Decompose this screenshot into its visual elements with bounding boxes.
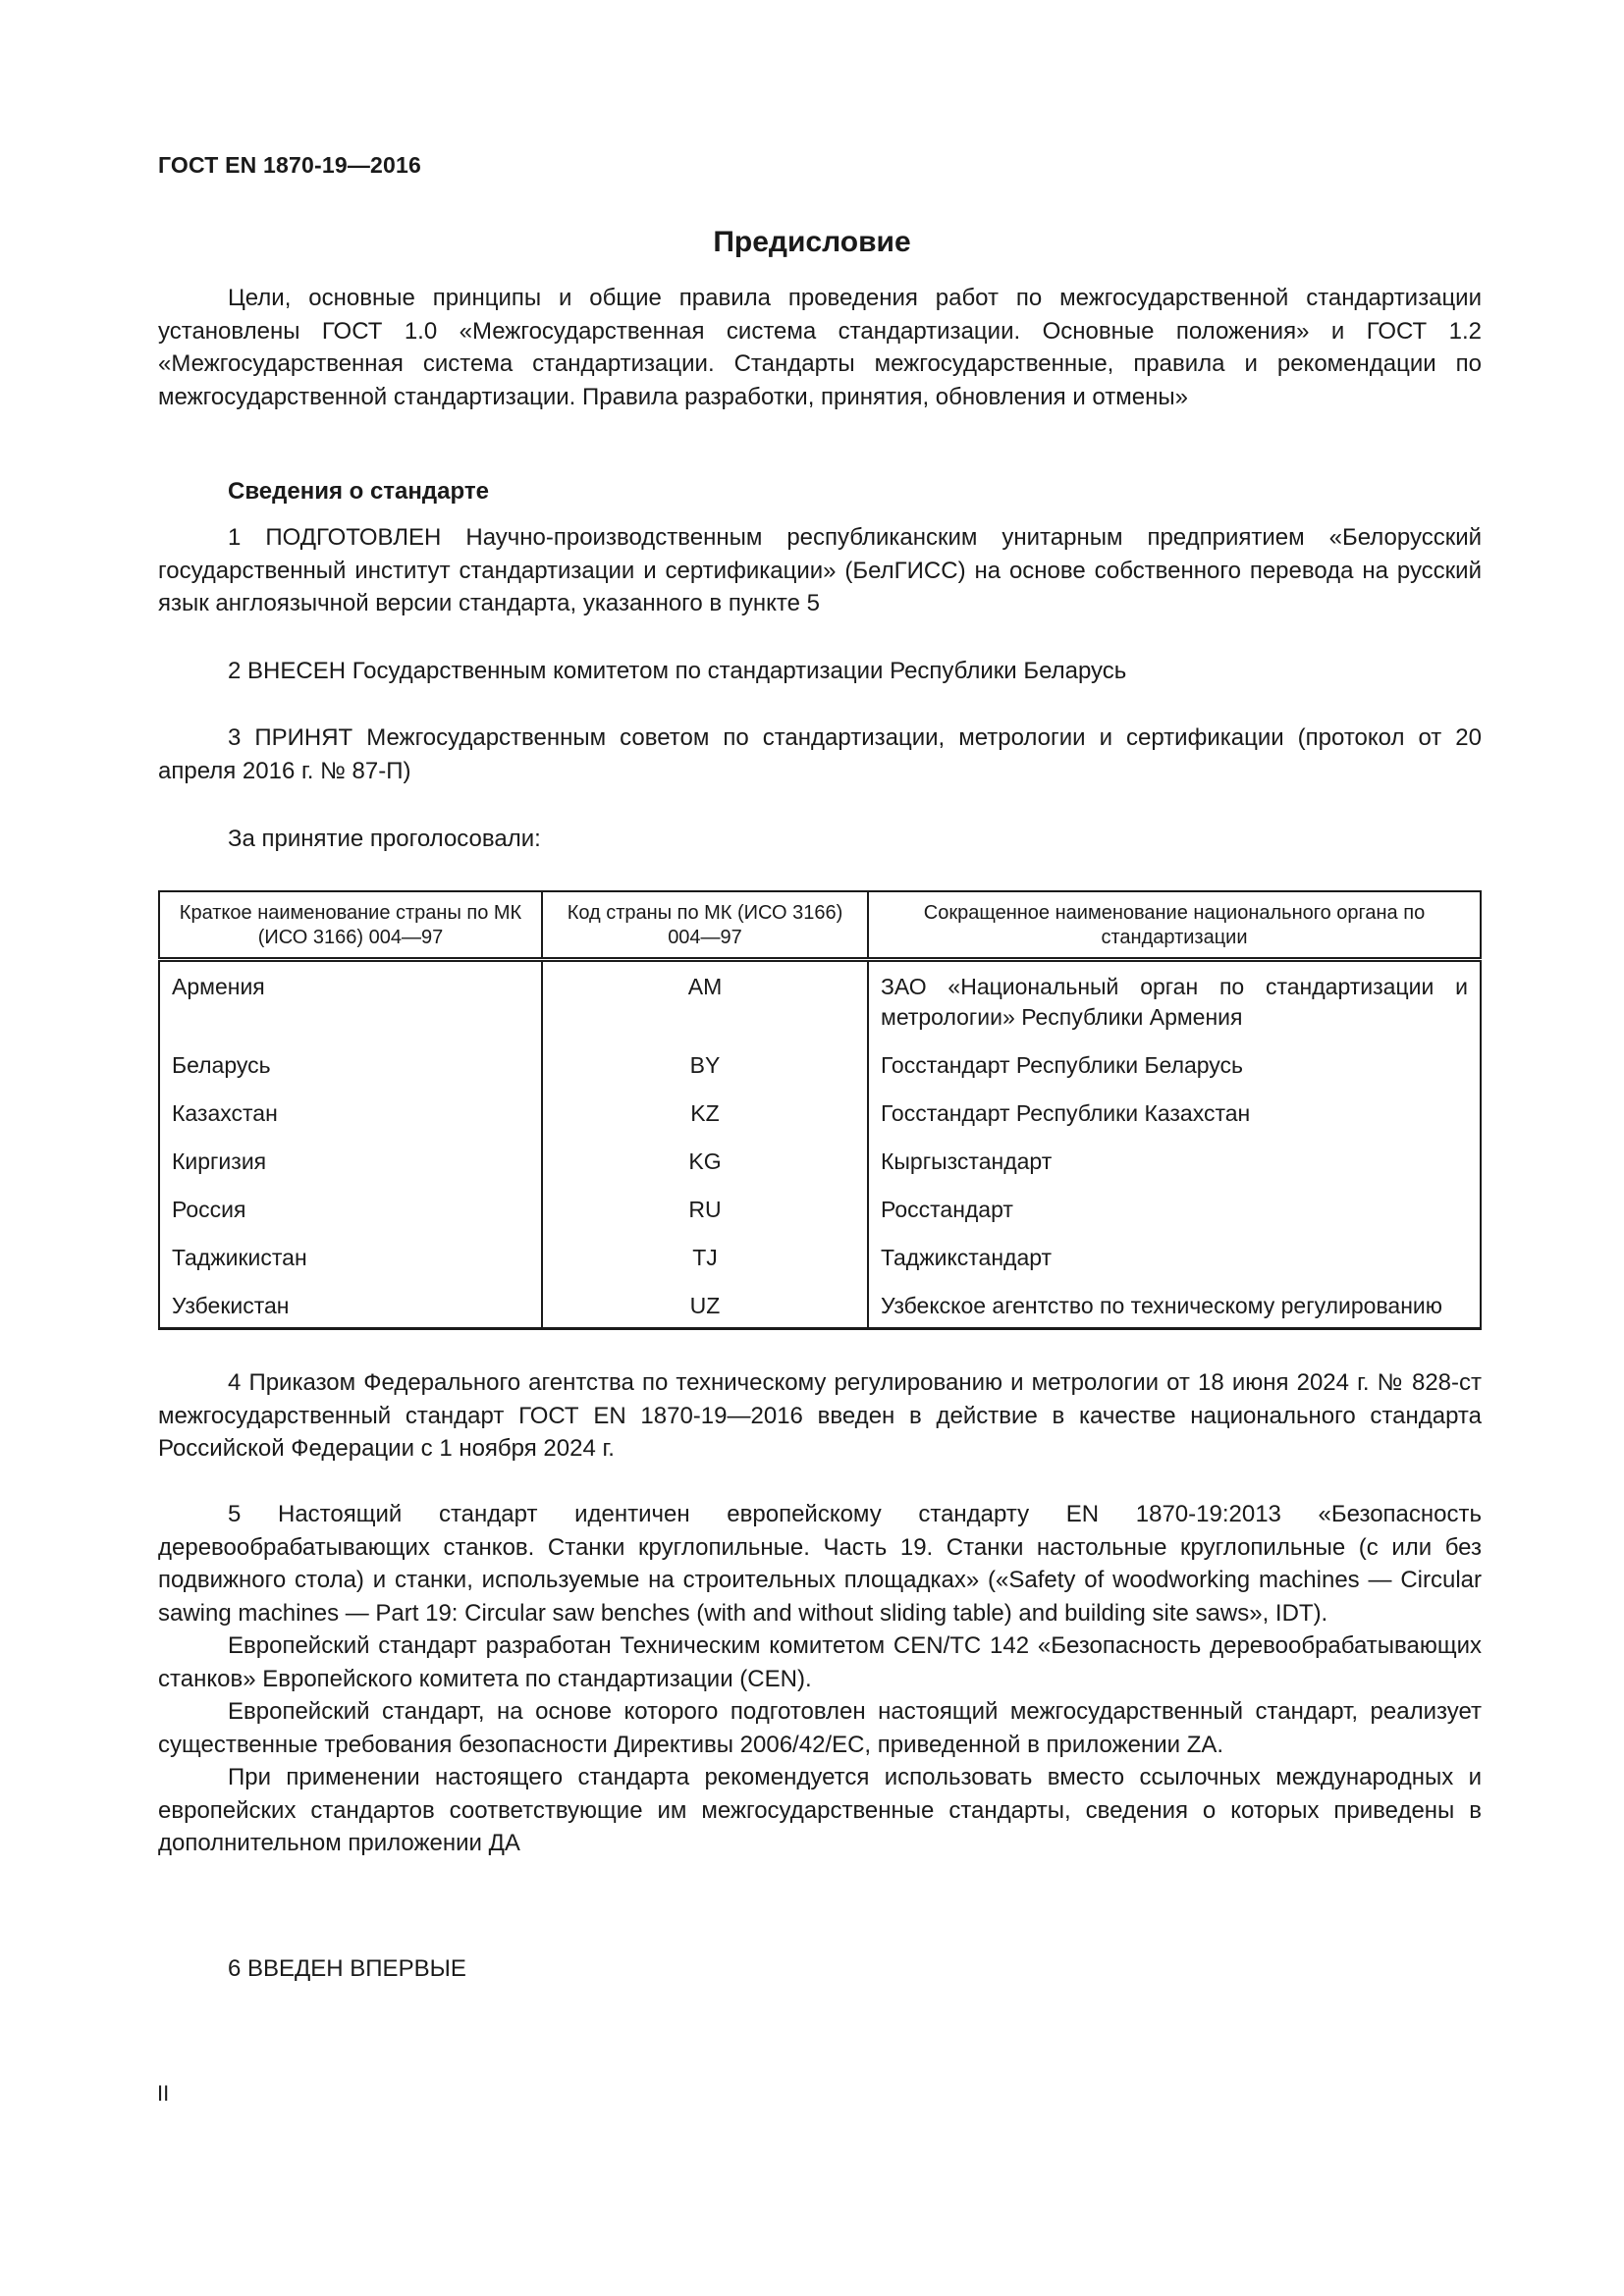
item-6-first-introduced: 6 ВВЕДЕН ВПЕРВЫЕ — [158, 1952, 1482, 1986]
item-5-block: 5 Настоящий стандарт идентичен европейск… — [158, 1498, 1482, 1860]
country-name-cell: Киргизия — [159, 1139, 542, 1187]
country-code-cell: RU — [542, 1187, 868, 1235]
country-name-cell: Беларусь — [159, 1042, 542, 1091]
intro-paragraph: Цели, основные принципы и общие правила … — [158, 282, 1482, 413]
table-header-row: Краткое наименование страны по МК (ИСО 3… — [159, 891, 1481, 960]
table-row: УзбекистанUZУзбекское агентство по техни… — [159, 1283, 1481, 1329]
voted-block: За принятие проголосовали: — [158, 823, 1482, 856]
country-name-cell: Таджикистан — [159, 1235, 542, 1283]
header-national-body: Сокращенное наименование национального о… — [868, 891, 1481, 960]
item-4-block: 4 Приказом Федерального агентства по тех… — [158, 1366, 1482, 1466]
item-1-prepared: 1 ПОДГОТОВЛЕН Научно-производственным ре… — [158, 521, 1482, 620]
country-code-cell: TJ — [542, 1235, 868, 1283]
country-code-cell: UZ — [542, 1283, 868, 1329]
country-name-cell: Узбекистан — [159, 1283, 542, 1329]
voted-label: За принятие проголосовали: — [158, 823, 1482, 856]
item-6-block: 6 ВВЕДЕН ВПЕРВЫЕ — [158, 1952, 1482, 1986]
table-row: АрменияAMЗАО «Национальный орган по стан… — [159, 960, 1481, 1043]
country-name-cell: Казахстан — [159, 1091, 542, 1139]
document-code-header: ГОСТ EN 1870-19—2016 — [158, 152, 421, 179]
national-body-cell: Госстандарт Республики Беларусь — [868, 1042, 1481, 1091]
item-5-developer: Европейский стандарт разработан Техничес… — [158, 1629, 1482, 1695]
national-body-cell: Таджикстандарт — [868, 1235, 1481, 1283]
country-code-cell: KZ — [542, 1091, 868, 1139]
section-heading: Сведения о стандарте — [158, 475, 1482, 508]
voting-countries-table: Краткое наименование страны по МК (ИСО 3… — [158, 890, 1482, 1330]
national-body-cell: ЗАО «Национальный орган по стандартизаци… — [868, 960, 1481, 1043]
national-body-cell: Росстандарт — [868, 1187, 1481, 1235]
country-code-cell: BY — [542, 1042, 868, 1091]
document-page: ГОСТ EN 1870-19—2016 Предисловие Цели, о… — [0, 0, 1624, 2296]
item-1-block: 1 ПОДГОТОВЛЕН Научно-производственным ре… — [158, 521, 1482, 620]
country-code-cell: KG — [542, 1139, 868, 1187]
table-row: ТаджикистанTJТаджикстандарт — [159, 1235, 1481, 1283]
item-3-block: 3 ПРИНЯТ Межгосударственным советом по с… — [158, 721, 1482, 787]
country-code-cell: AM — [542, 960, 868, 1043]
table-row: КиргизияKGКыргызстандарт — [159, 1139, 1481, 1187]
national-body-cell: Кыргызстандарт — [868, 1139, 1481, 1187]
item-5-application: При применении настоящего стандарта реко… — [158, 1761, 1482, 1860]
country-name-cell: Армения — [159, 960, 542, 1043]
header-country-name: Краткое наименование страны по МК (ИСО 3… — [159, 891, 542, 960]
page-number: II — [157, 2081, 169, 2107]
table-row: БеларусьBYГосстандарт Республики Беларус… — [159, 1042, 1481, 1091]
country-name-cell: Россия — [159, 1187, 542, 1235]
item-2-submitted: 2 ВНЕСЕН Государственным комитетом по ст… — [158, 655, 1482, 688]
national-body-cell: Госстандарт Республики Казахстан — [868, 1091, 1481, 1139]
standard-info-heading-block: Сведения о стандарте — [158, 475, 1482, 508]
intro-section: Цели, основные принципы и общие правила … — [158, 282, 1482, 413]
table-row: РоссияRUРосстандарт — [159, 1187, 1481, 1235]
national-body-cell: Узбекское агентство по техническому регу… — [868, 1283, 1481, 1329]
item-4-order: 4 Приказом Федерального агентства по тех… — [158, 1366, 1482, 1466]
item-3-adopted: 3 ПРИНЯТ Межгосударственным советом по с… — [158, 721, 1482, 787]
item-2-block: 2 ВНЕСЕН Государственным комитетом по ст… — [158, 655, 1482, 688]
table-row: КазахстанKZГосстандарт Республики Казахс… — [159, 1091, 1481, 1139]
item-5-identity: 5 Настоящий стандарт идентичен европейск… — [158, 1498, 1482, 1629]
item-5-directive: Европейский стандарт, на основе которого… — [158, 1695, 1482, 1761]
header-country-code: Код страны по МК (ИСО 3166) 004—97 — [542, 891, 868, 960]
page-title: Предисловие — [0, 226, 1624, 259]
